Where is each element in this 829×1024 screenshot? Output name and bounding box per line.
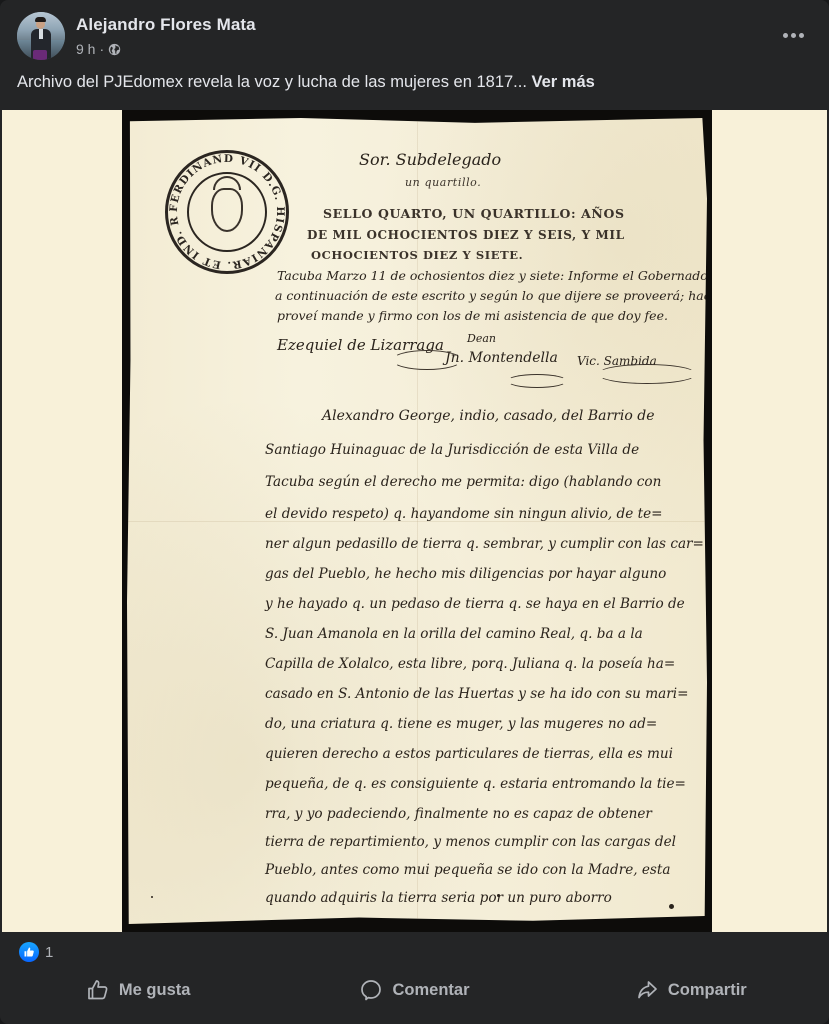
more-options-button[interactable] [775, 22, 811, 48]
facebook-post: Alejandro Flores Mata 9 h · Archivo del … [0, 0, 829, 1024]
reaction-count: 1 [45, 944, 53, 961]
doc-body-line: quando adquiris la tierra seria por un p… [265, 890, 612, 906]
like-reaction-icon [19, 942, 39, 962]
post-timestamp[interactable]: 9 h [76, 41, 95, 57]
doc-body-line: Capilla de Xolalco, esta libre, porq. Ju… [265, 656, 675, 672]
signature-flourish [597, 364, 697, 384]
seal-text: FERDINAND VII D.G. HISPANIAR. ET IND. RE… [165, 150, 286, 271]
comment-button[interactable]: Comentar [276, 968, 552, 1012]
thumbs-up-icon [86, 978, 110, 1002]
manuscript-page: FERDINAND VII D.G. HISPANIAR. ET IND. RE… [127, 118, 707, 924]
doc-stamp-line: DE MIL OCHOCIENTOS DIEZ Y SEIS, Y MIL [307, 228, 625, 242]
share-arrow-icon [635, 978, 659, 1002]
comment-bubble-icon [359, 978, 383, 1002]
royal-seal-icon: FERDINAND VII D.G. HISPANIAR. ET IND. RE… [165, 150, 289, 274]
post-image[interactable]: FERDINAND VII D.G. HISPANIAR. ET IND. RE… [2, 110, 827, 932]
doc-addressee: Sor. Subdelegado [359, 150, 501, 169]
doc-signature: Jn. Montendella [445, 350, 558, 366]
caption-text: Archivo del PJEdomex revela la voz y luc… [17, 73, 527, 91]
signature-flourish [507, 374, 567, 388]
document-frame: FERDINAND VII D.G. HISPANIAR. ET IND. RE… [122, 110, 712, 932]
doc-body-line: Santiago Huinaguac de la Jurisdicción de… [265, 442, 639, 458]
doc-body-line: do, una criatura q. tiene es muger, y la… [265, 716, 657, 732]
author-avatar[interactable] [17, 12, 65, 60]
doc-body-line: tierra de repartimiento, y menos cumplir… [265, 834, 676, 850]
doc-body-line: quieren derecho a estos particulares de … [265, 746, 673, 762]
doc-decree-line: a continuación de este escrito y según l… [275, 288, 730, 303]
like-button[interactable]: Me gusta [0, 968, 276, 1012]
signature-flourish [392, 350, 462, 370]
author-name[interactable]: Alejandro Flores Mata [76, 15, 256, 35]
post-caption: Archivo del PJEdomex revela la voz y luc… [17, 73, 595, 92]
doc-body-line: Pueblo, antes como mui pequeña se ido co… [265, 862, 670, 878]
doc-body-line: pequeña, de q. es consiguiente q. estari… [265, 776, 686, 792]
like-label: Me gusta [119, 981, 191, 1000]
doc-stamp-line: OCHOCIENTOS DIEZ Y SIETE. [311, 248, 523, 262]
doc-signature: Dean [467, 332, 496, 345]
doc-body-line: rra, y yo padeciendo, finalmente no es c… [265, 806, 652, 822]
doc-body-line: ner algun pedasillo de tierra q. sembrar… [265, 536, 704, 552]
doc-body-line: el devido respeto) q. hayandome sin ning… [265, 506, 663, 522]
comment-label: Comentar [392, 981, 469, 1000]
globe-icon[interactable] [108, 43, 121, 56]
ink-spot [669, 904, 674, 909]
doc-stamp-line: SELLO QUARTO, UN QUARTILLO: AÑOS [323, 206, 625, 221]
reaction-summary[interactable]: 1 [19, 942, 53, 962]
doc-body-line: casado en S. Antonio de las Huertas y se… [265, 686, 689, 702]
doc-decree-line: Tacuba Marzo 11 de ochosientos diez y si… [277, 268, 714, 283]
see-more-link[interactable]: Ver más [532, 73, 595, 91]
doc-quartillo: un quartillo. [405, 176, 481, 189]
doc-decree-line: proveí mande y firmo con los de mi asist… [277, 308, 668, 323]
doc-body-line: Alexandro George, indio, casado, del Bar… [322, 408, 654, 424]
doc-body-line: S. Juan Amanola en la orilla del camino … [265, 626, 643, 642]
doc-body-line: Tacuba según el derecho me permita: digo… [265, 474, 661, 490]
ink-spot [151, 896, 153, 898]
ink-spot [497, 894, 500, 897]
post-meta: 9 h · [76, 40, 121, 58]
more-options-icon [783, 33, 788, 38]
meta-separator: · [99, 41, 104, 57]
post-header: Alejandro Flores Mata 9 h · [0, 0, 829, 68]
doc-body-line: gas del Pueblo, he hecho mis diligencias… [265, 566, 666, 582]
share-label: Compartir [668, 981, 747, 1000]
doc-body-line: y he hayado q. un pedaso de tierra q. se… [265, 596, 685, 612]
share-button[interactable]: Compartir [553, 968, 829, 1012]
svg-text:FERDINAND VII D.G. HISPANIAR.: FERDINAND VII D.G. HISPANIAR. ET IND. RE… [165, 150, 286, 271]
post-actions: Me gusta Comentar Compartir [0, 968, 829, 1012]
